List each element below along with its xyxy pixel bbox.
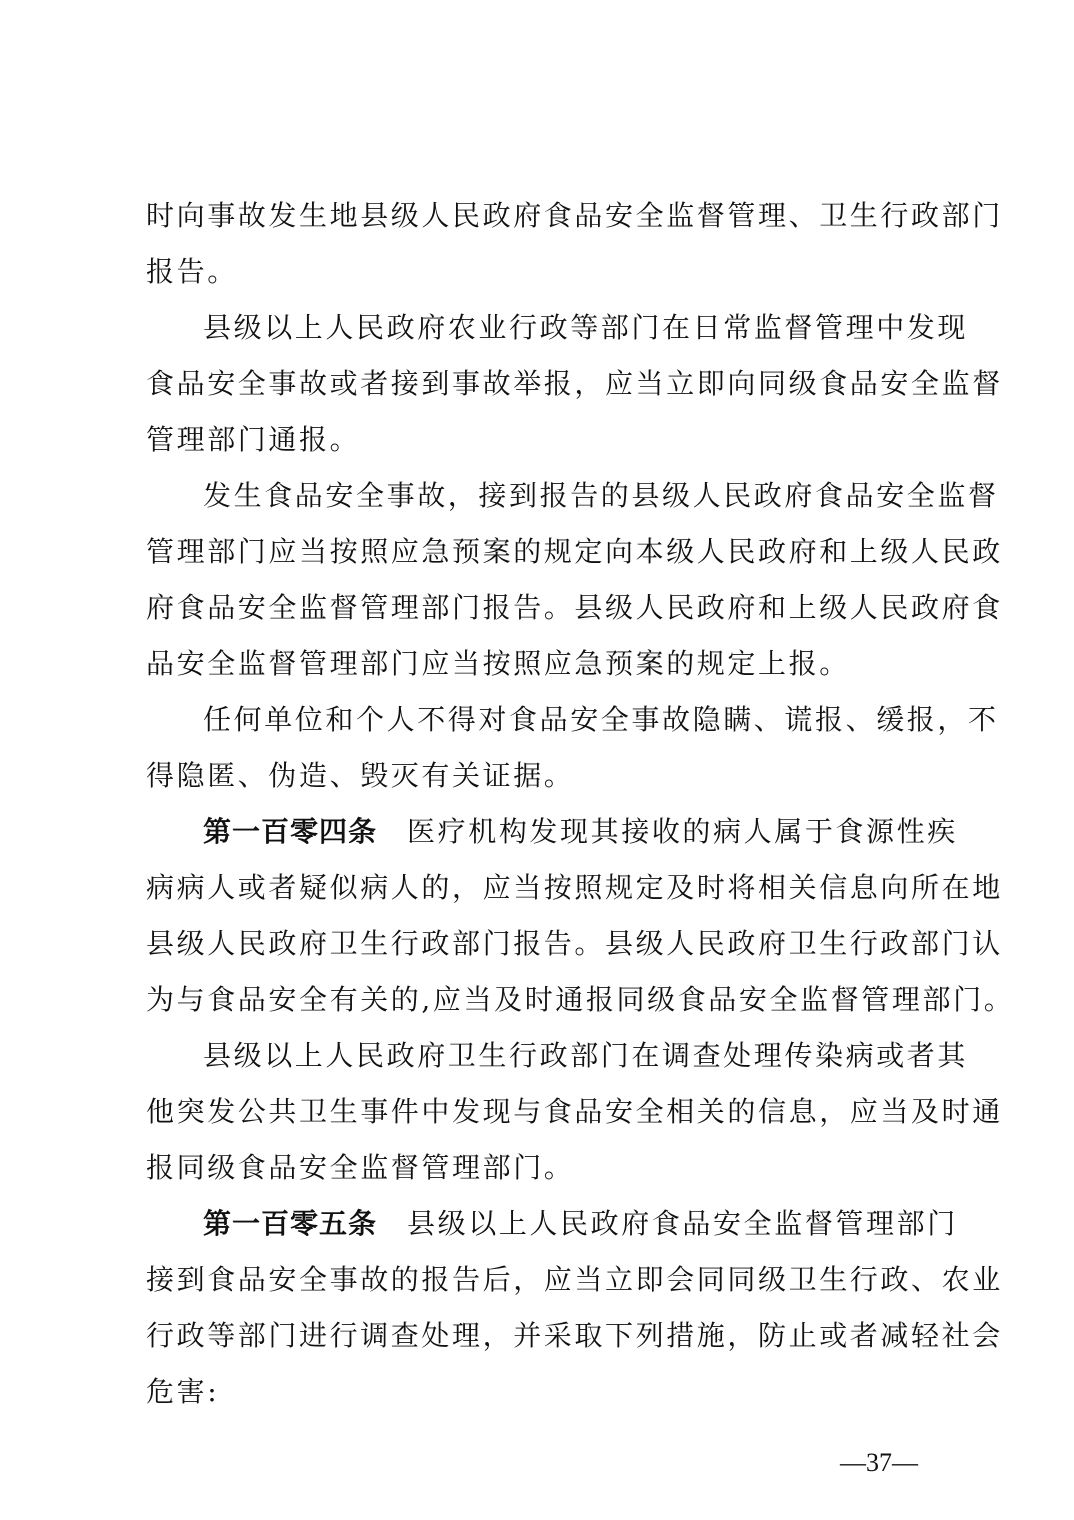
text-line: 医疗机构发现其接收的病人属于食源性疾 [407,815,958,848]
text-line: 得隐匿、伪造、毁灭有关证据。 [146,748,942,804]
text-line: 报同级食品安全监督管理部门。 [146,1140,942,1196]
article-105-first-line: 第一百零五条县级以上人民政府食品安全监督管理部门 [146,1196,942,1252]
text-line: 县级人民政府卫生行政部门报告。县级人民政府卫生行政部门认 [146,916,942,972]
page-number: —37— [840,1448,918,1478]
document-page: 时向事故发生地县级人民政府食品安全监督管理、卫生行政部门 报告。 县级以上人民政… [0,0,1074,1520]
article-104-title: 第一百零四条 [203,815,377,848]
text-line: 管理部门通报。 [146,412,942,468]
text-line: 报告。 [146,244,942,300]
text-line: 病病人或者疑似病人的，应当按照规定及时将相关信息向所在地 [146,860,942,916]
text-line: 府食品安全监督管理部门报告。县级人民政府和上级人民政府食 [146,580,942,636]
document-body: 时向事故发生地县级人民政府食品安全监督管理、卫生行政部门 报告。 县级以上人民政… [146,188,942,1420]
paragraph-start: 发生食品安全事故，接到报告的县级人民政府食品安全监督 [146,468,942,524]
article-104-first-line: 第一百零四条医疗机构发现其接收的病人属于食源性疾 [146,804,942,860]
text-line: 为与食品安全有关的,应当及时通报同级食品安全监督管理部门。 [146,972,942,1028]
text-line: 食品安全事故或者接到事故举报，应当立即向同级食品安全监督 [146,356,942,412]
text-line: 品安全监督管理部门应当按照应急预案的规定上报。 [146,636,942,692]
paragraph-start: 任何单位和个人不得对食品安全事故隐瞒、谎报、缓报，不 [146,692,942,748]
text-line: 接到食品安全事故的报告后，应当立即会同同级卫生行政、农业 [146,1252,942,1308]
text-line: 行政等部门进行调查处理，并采取下列措施，防止或者减轻社会 [146,1308,942,1364]
paragraph-start: 县级以上人民政府卫生行政部门在调查处理传染病或者其 [146,1028,942,1084]
text-line: 县级以上人民政府食品安全监督管理部门 [407,1207,958,1240]
text-line: 时向事故发生地县级人民政府食品安全监督管理、卫生行政部门 [146,188,942,244]
article-105-title: 第一百零五条 [203,1207,377,1240]
text-line: 他突发公共卫生事件中发现与食品安全相关的信息，应当及时通 [146,1084,942,1140]
text-line: 管理部门应当按照应急预案的规定向本级人民政府和上级人民政 [146,524,942,580]
paragraph-start: 县级以上人民政府农业行政等部门在日常监督管理中发现 [146,300,942,356]
text-line: 危害: [146,1364,942,1420]
